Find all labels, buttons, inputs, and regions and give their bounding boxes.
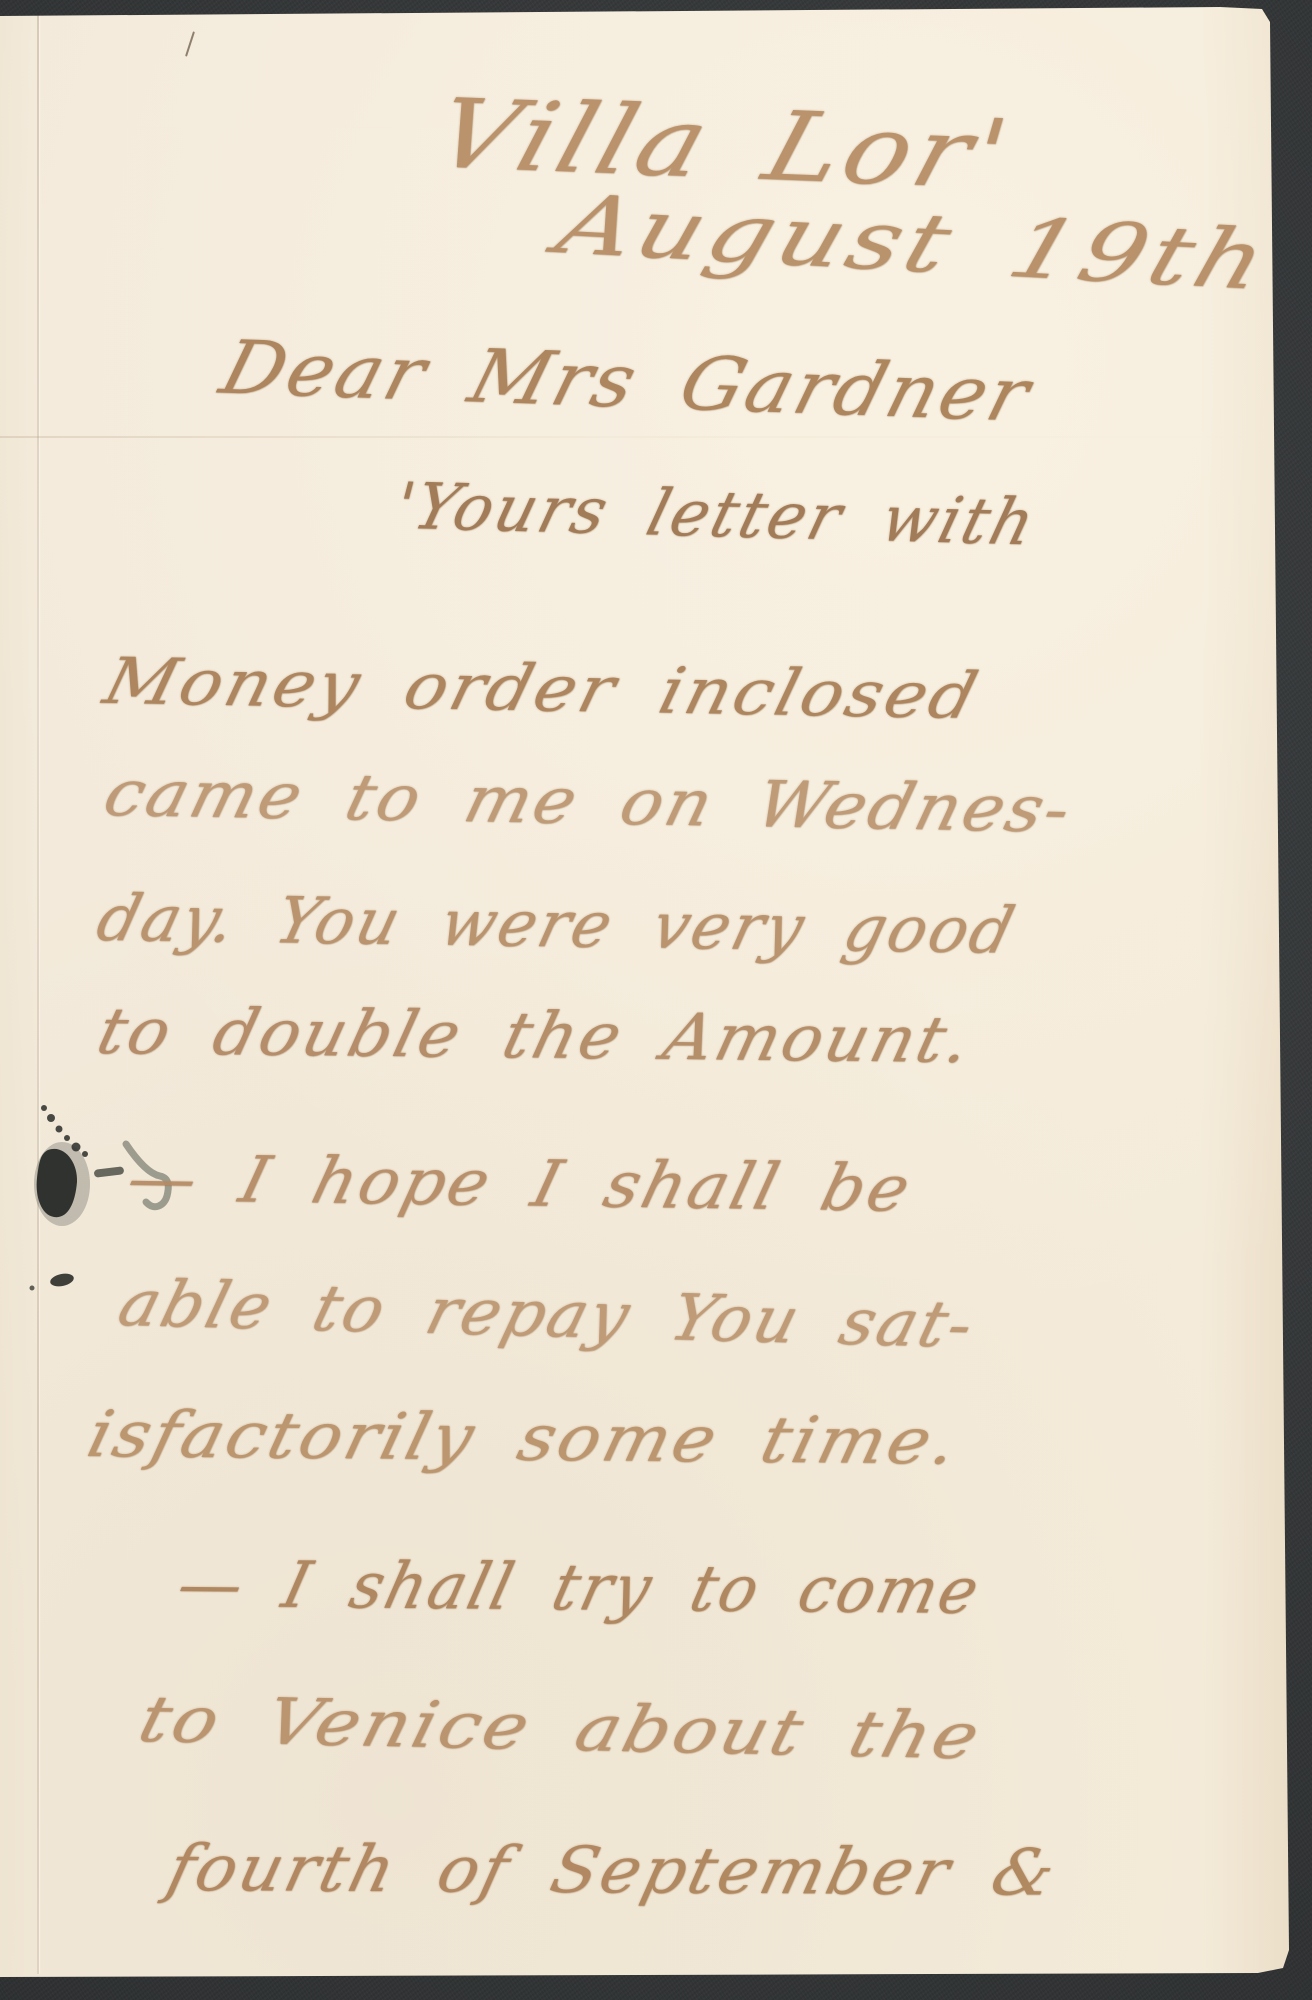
body-line: Money order inclosed — [97, 645, 987, 734]
letter-page: Villa Lor' August 19th Dear Mrs Gardner … — [0, 0, 1312, 2000]
body-line: day. You were very good — [90, 882, 1023, 969]
body-line: able to repay You sat- — [111, 1267, 983, 1363]
body-line: — I shall try to come — [170, 1548, 988, 1629]
body-line: to Venice about the — [131, 1683, 989, 1774]
body-line: to double the Amount. — [90, 995, 980, 1078]
fold-crease-horizontal-icon — [0, 436, 1270, 438]
body-line: fourth of September & — [161, 1832, 1065, 1911]
salutation-line: Dear Mrs Gardner — [212, 325, 1040, 438]
pen-scratch-icon — [185, 31, 195, 56]
body-line: — I hope I shall be — [120, 1142, 920, 1227]
date-line: August 19th — [546, 178, 1281, 309]
fold-crease-vertical-icon — [37, 12, 39, 1974]
body-line: isfactorily some time. — [80, 1398, 966, 1479]
letter-scan: Villa Lor' August 19th Dear Mrs Gardner … — [0, 0, 1312, 2000]
body-line: 'Yours letter with — [386, 470, 1044, 560]
body-line: came to me on Wednes- — [97, 757, 1081, 848]
